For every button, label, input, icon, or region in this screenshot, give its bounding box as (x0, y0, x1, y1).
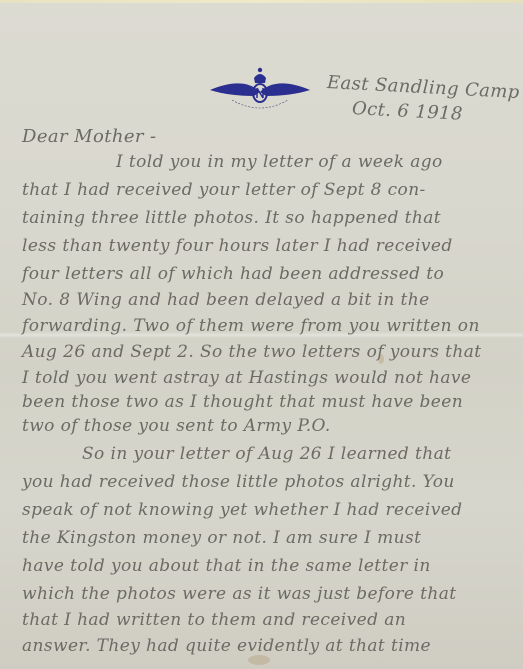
letter-line: So in your letter of Aug 26 I learned th… (82, 444, 451, 464)
letter-line: that I had written to them and received … (22, 610, 406, 630)
letter-line: been those two as I thought that must ha… (22, 392, 463, 412)
letter-line: two of those you sent to Army P.O. (22, 416, 331, 436)
letter-line: the Kingston money or not. I am sure I m… (22, 528, 421, 548)
letter-line: four letters all of which had been addre… (22, 264, 444, 284)
letter-salutation: Dear Mother - (22, 126, 157, 147)
letter-line: forwarding. Two of them were from you wr… (22, 316, 480, 336)
letter-line: speak of not knowing yet whether I had r… (22, 500, 462, 520)
letter-line: No. 8 Wing and had been delayed a bit in… (22, 290, 430, 310)
letter-line: which the photos were as it was just bef… (22, 584, 456, 604)
letter-line: less than twenty four hours later I had … (22, 236, 453, 256)
letter-line: I told you in my letter of a week ago (116, 152, 443, 172)
letter-line: taining three little photos. It so happe… (22, 208, 441, 228)
letter-line: I told you went astray at Hastings would… (22, 368, 471, 388)
letter-line: you had received those little photos alr… (22, 472, 455, 492)
paper-stain (248, 655, 270, 665)
letter-line: have told you about that in the same let… (22, 556, 431, 576)
letter-line: Aug 26 and Sept 2. So the two letters of… (22, 342, 482, 362)
letter-line: that I had received your letter of Sept … (22, 180, 426, 200)
letter-date: Oct. 6 1918 (351, 98, 463, 125)
letter-page: PER ARDUA AD ASTRA East Sandling Camp Oc… (0, 0, 523, 669)
winged-crown-badge-icon (208, 64, 312, 114)
paper-top-edge (0, 0, 523, 3)
letter-line: answer. They had quite evidently at that… (22, 636, 431, 656)
